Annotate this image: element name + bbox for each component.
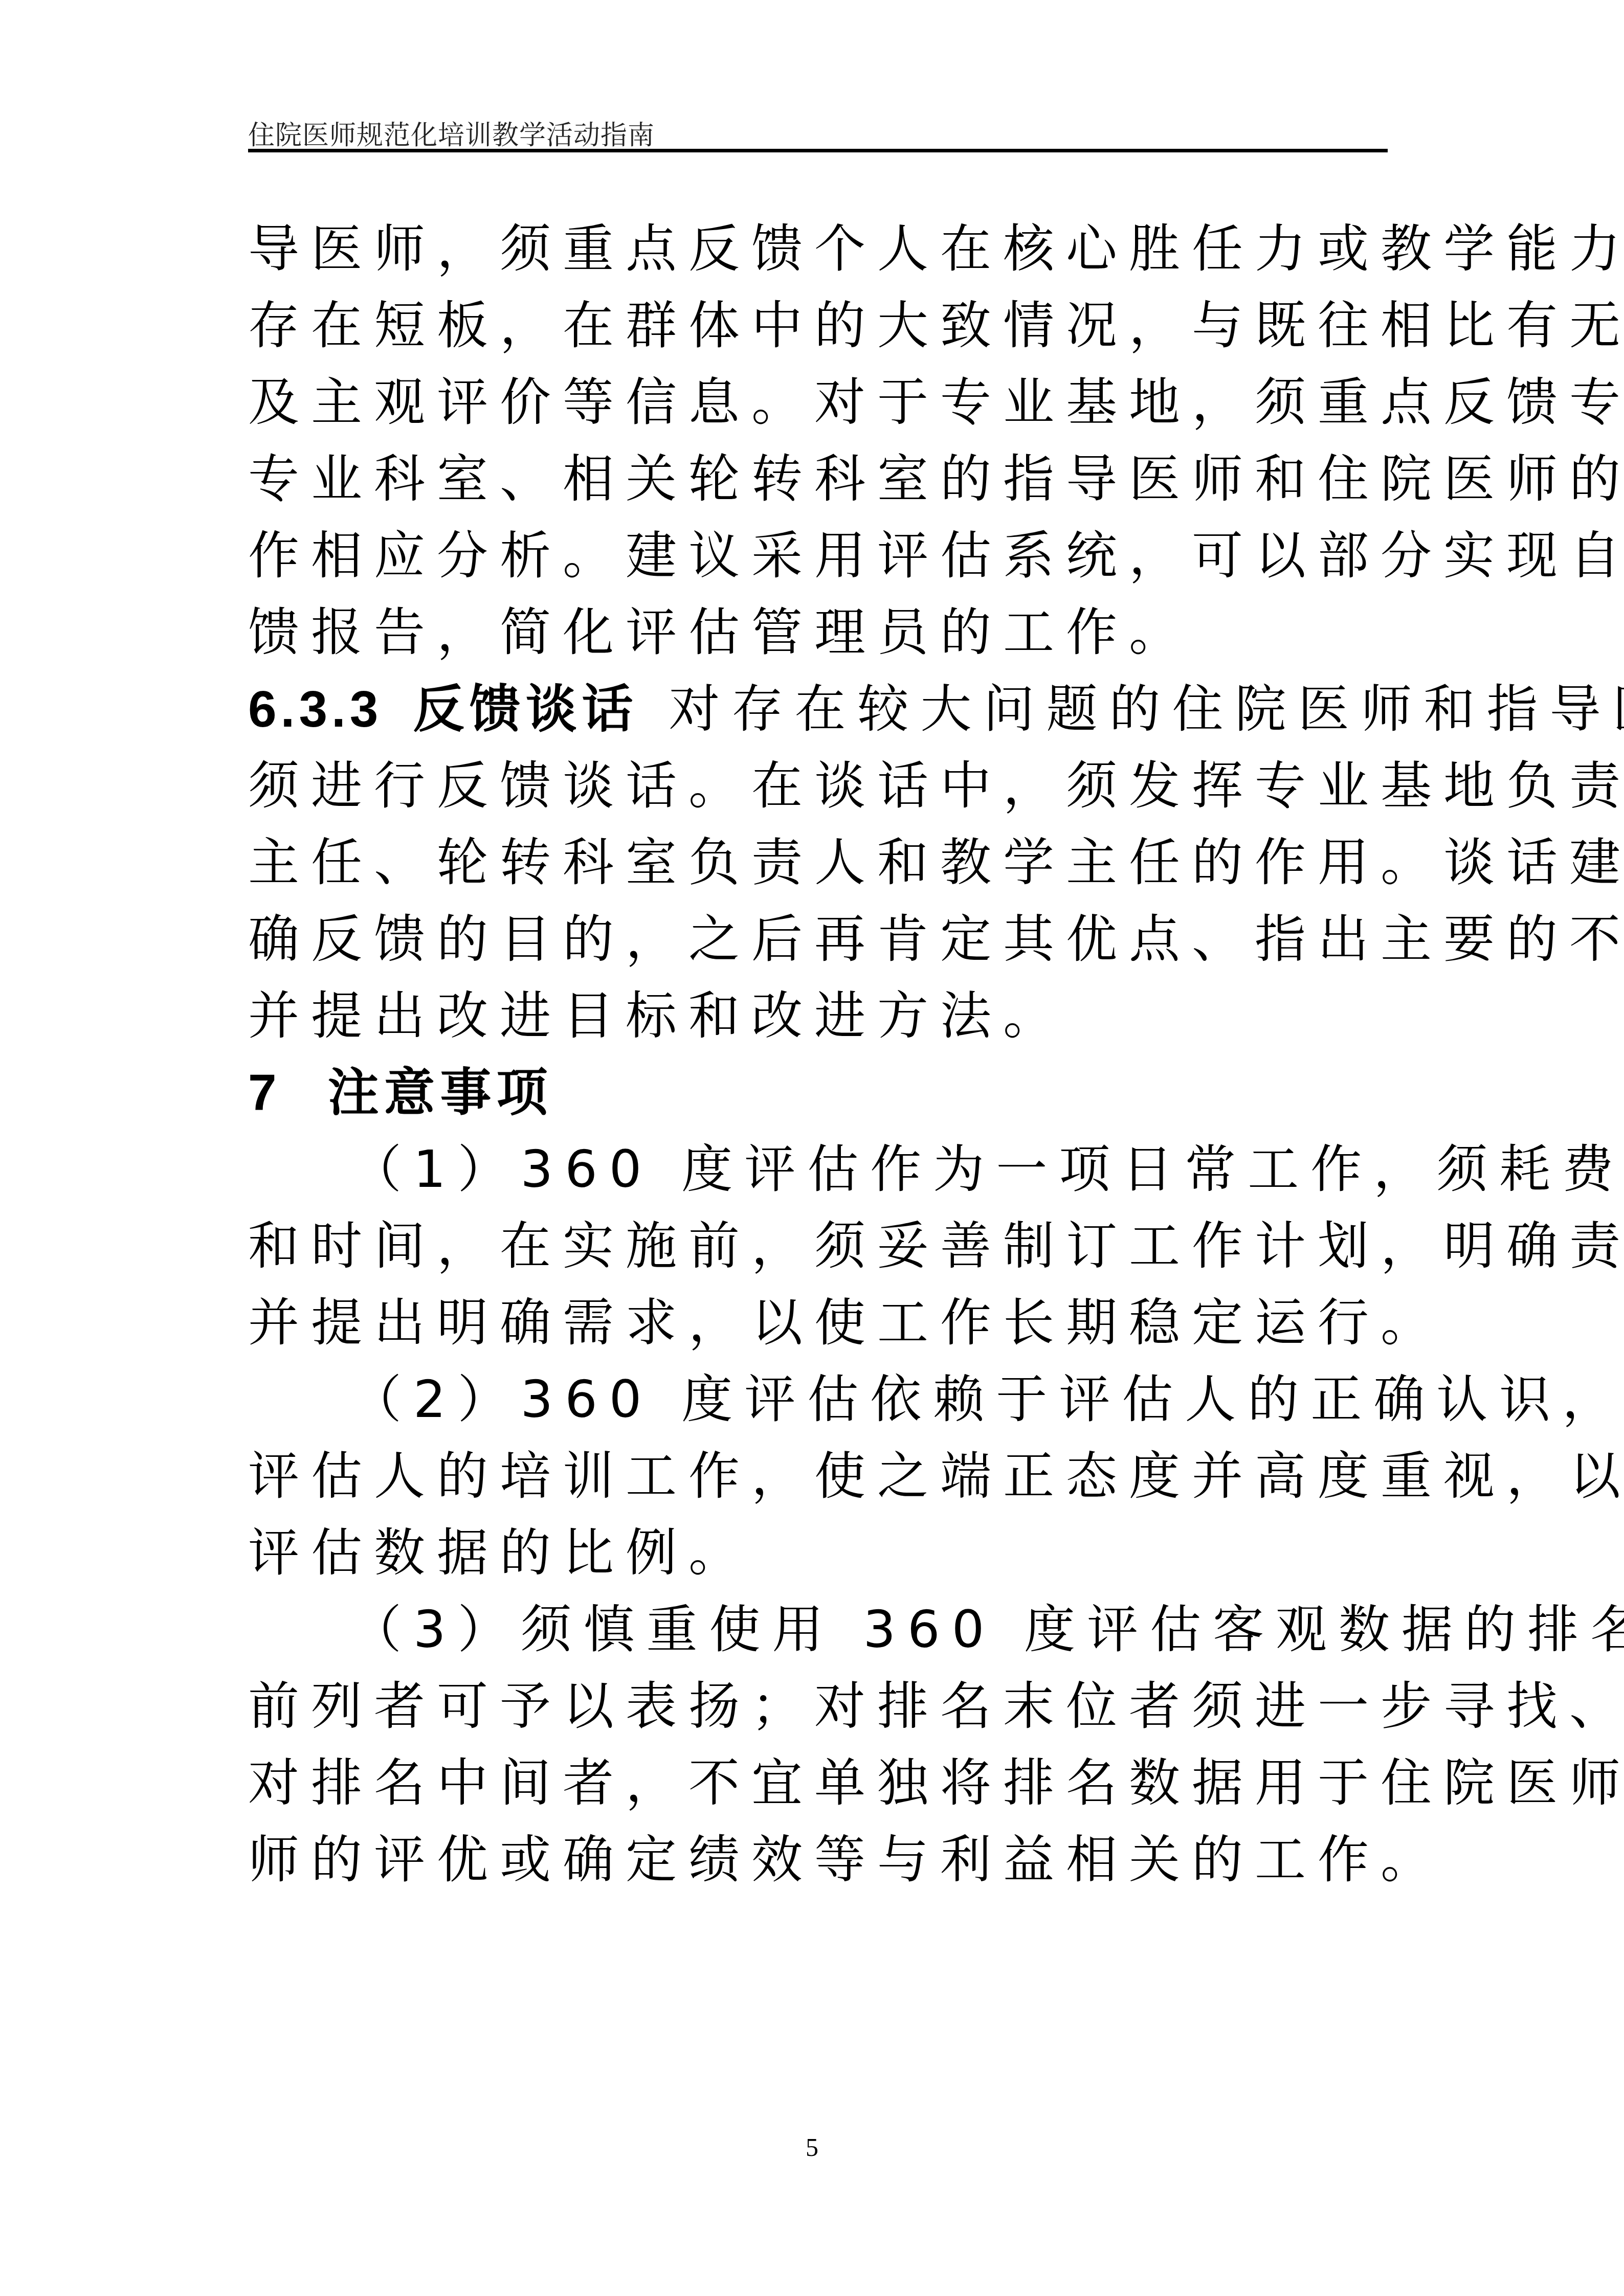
body-line: 及主观评价等信息。对于专业基地，须重点反馈专业基地亚 xyxy=(248,364,1388,441)
page-body: 导医师，须重点反馈个人在核心胜任力或教学能力方面是否 存在短板，在群体中的大致情… xyxy=(248,211,1388,1898)
section-number: 7 xyxy=(248,1064,282,1121)
body-line: 须进行反馈谈话。在谈话中，须发挥专业基地负责人和教学 xyxy=(248,748,1388,824)
body-line: 存在短板，在群体中的大致情况，与既往相比有无进步，以 xyxy=(248,287,1388,364)
section-title: 注意事项 xyxy=(328,1063,553,1122)
header-rule xyxy=(248,149,1388,152)
section-6-3-3-heading-line: 6.3.3反馈谈话对存在较大问题的住院医师和指导医师， xyxy=(248,671,1388,748)
section-7-heading: 7注意事项 xyxy=(248,1054,1388,1131)
list-item-3-line: （3）须慎重使用 360 度评估客观数据的排名：对排名 xyxy=(248,1591,1388,1668)
list-item-3-line: 前列者可予以表扬；对排名末位者须进一步寻找、分析原因； xyxy=(248,1668,1388,1745)
section-title: 反馈谈话 xyxy=(413,679,638,739)
list-item-2-line: （2）360 度评估依赖于评估人的正确认识，评估前做好 xyxy=(248,1361,1388,1438)
body-line: 馈报告，简化评估管理员的工作。 xyxy=(248,594,1388,671)
list-item-2-line: 评估人的培训工作，使之端正态度并高度重视，以降低无效 xyxy=(248,1438,1388,1515)
section-number: 6.3.3 xyxy=(248,681,382,738)
body-line: 主任、轮转科室负责人和教学主任的作用。谈话建议首先明 xyxy=(248,824,1388,901)
section-first-text: 对存在较大问题的住院医师和指导医师， xyxy=(669,679,1624,739)
body-line: 导医师，须重点反馈个人在核心胜任力或教学能力方面是否 xyxy=(248,211,1388,287)
body-line: 确反馈的目的，之后再肯定其优点、指出主要的不足之处， xyxy=(248,901,1388,978)
running-header: 住院医师规范化培训教学活动指南 xyxy=(248,114,655,152)
list-item-2-line: 评估数据的比例。 xyxy=(248,1515,1388,1591)
body-line: 作相应分析。建议采用评估系统，可以部分实现自动生成反 xyxy=(248,517,1388,594)
list-item-1-line: （1）360 度评估作为一项日常工作，须耗费一定的人力 xyxy=(248,1131,1388,1208)
list-item-3-line: 师的评优或确定绩效等与利益相关的工作。 xyxy=(248,1821,1388,1898)
list-item-1-line: 和时间，在实施前，须妥善制订工作计划，明确责任与分工， xyxy=(248,1208,1388,1285)
body-line: 专业科室、相关轮转科室的指导医师和住院医师的情况，并 xyxy=(248,441,1388,517)
page-number: 5 xyxy=(0,2132,1624,2162)
body-line: 并提出改进目标和改进方法。 xyxy=(248,978,1388,1054)
list-item-1-line: 并提出明确需求，以使工作长期稳定运行。 xyxy=(248,1285,1388,1361)
list-item-3-line: 对排名中间者，不宜单独将排名数据用于住院医师及指导医 xyxy=(248,1745,1388,1821)
